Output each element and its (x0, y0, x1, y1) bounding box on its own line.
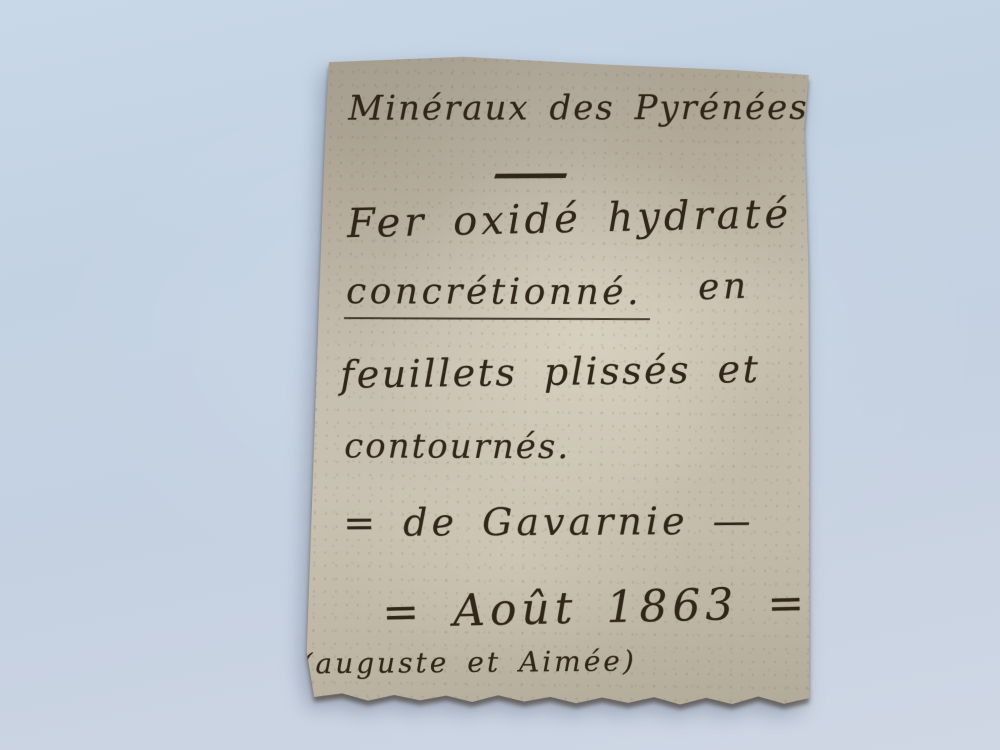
paper-sheet: Minéraux des Pyrénées. — Fer oxidé hydra… (296, 52, 824, 713)
handwritten-text: Minéraux des Pyrénées. — Fer oxidé hydra… (296, 52, 824, 713)
label-description-line1: feuillets plissés et (340, 347, 761, 397)
label-separator-dash: — (489, 150, 572, 195)
photo-background: Minéraux des Pyrénées. — Fer oxidé hydra… (0, 0, 1000, 750)
label-collectors: (auguste et Aimée) (301, 644, 636, 680)
label-description-line2: contournés. (344, 426, 570, 467)
specimen-label-paper: Minéraux des Pyrénées. — Fer oxidé hydra… (296, 52, 824, 713)
mineral-line2-suffix: en (697, 266, 750, 309)
label-locality: = de Gavarnie — (343, 499, 755, 545)
label-mineral-name-line1: Fer oxidé hydraté (347, 191, 793, 247)
label-date: = Août 1863 = (382, 578, 810, 639)
label-mineral-name-line2: concrétionné.en (346, 271, 750, 320)
underlined-word: concrétionné. (344, 271, 650, 320)
label-title: Minéraux des Pyrénées. (348, 88, 821, 129)
